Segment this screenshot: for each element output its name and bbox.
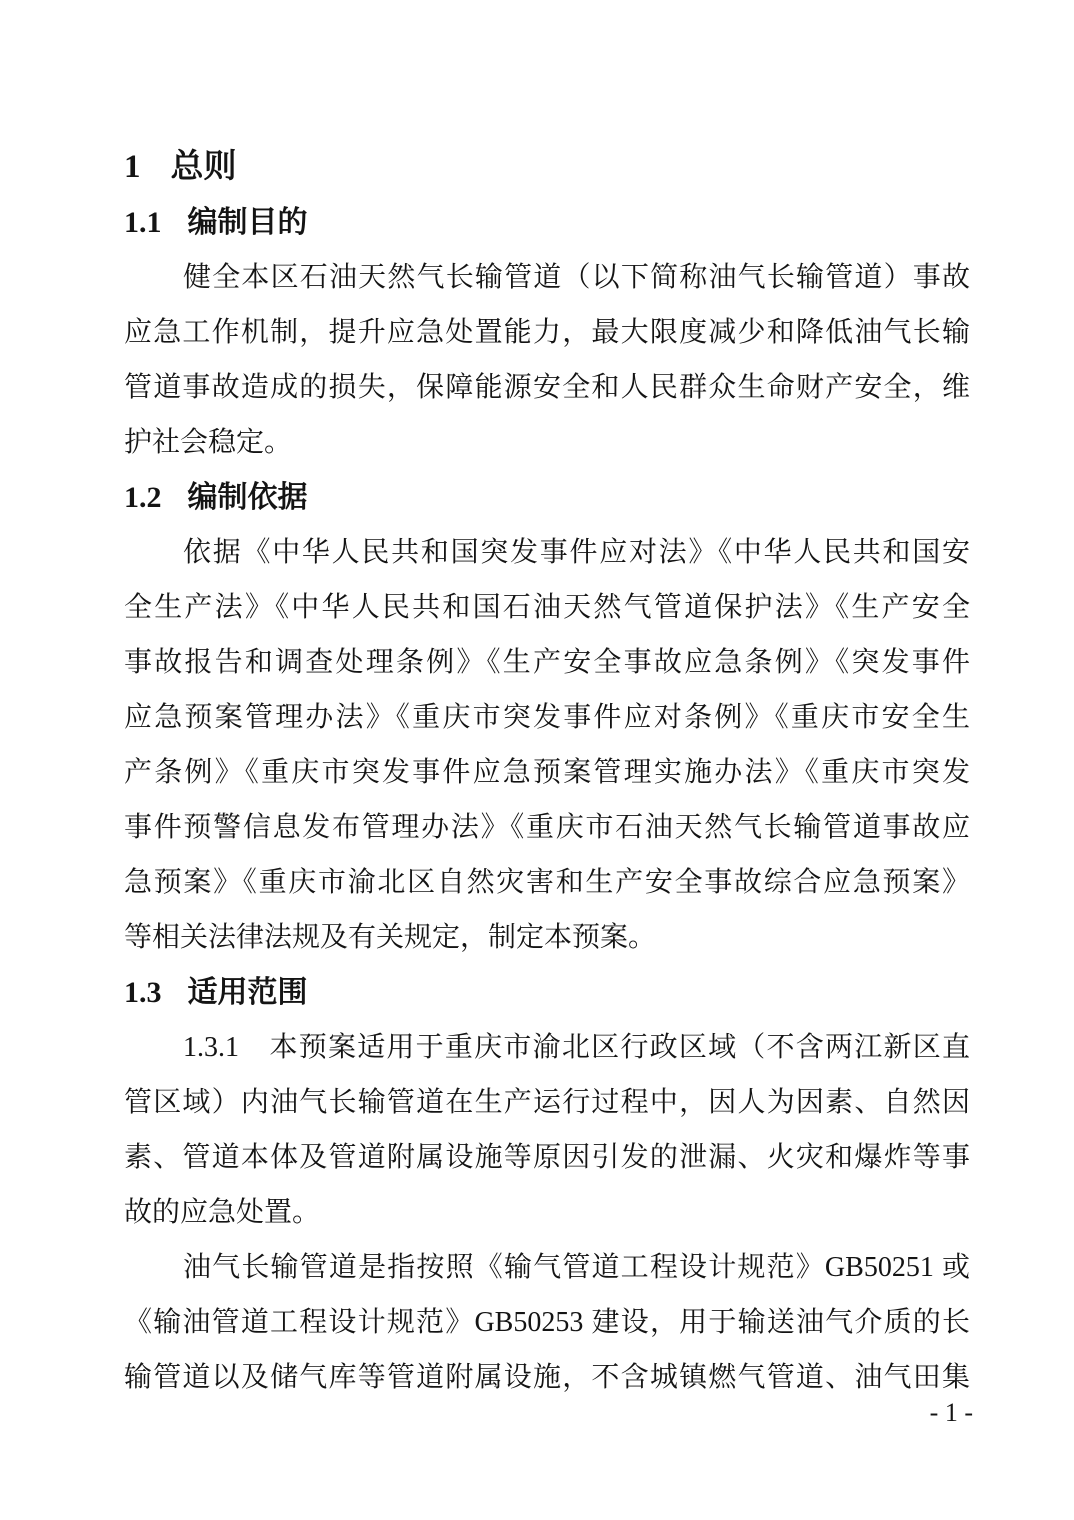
heading-number: 1 (124, 149, 141, 185)
paragraph-line: 应急工作机制，提升应急处置能力，最大限度减少和降低油气长输 (124, 305, 970, 360)
paragraph-line: 等相关法律法规及有关规定，制定本预案。 (124, 910, 970, 965)
paragraph-line: 事故报告和调查处理条例》《生产安全事故应急条例》《突发事件 (124, 635, 970, 690)
paragraph-line: 油气长输管道是指按照《输气管道工程设计规范》GB50251 或 (124, 1240, 970, 1295)
paragraph-line: 产条例》《重庆市突发事件应急预案管理实施办法》《重庆市突发 (124, 745, 970, 800)
heading-number: 1.3 (124, 976, 162, 1009)
paragraph-line: 故的应急处置。 (124, 1185, 970, 1240)
heading-number: 1.1 (124, 206, 162, 239)
page-number: - 1 - (930, 1398, 973, 1428)
paragraph-line: 1.3.1 本预案适用于重庆市渝北区行政区域（不含两江新区直 (124, 1020, 970, 1075)
paragraph-line: 健全本区石油天然气长输管道（以下简称油气长输管道）事故 (124, 250, 970, 305)
heading-number: 1.2 (124, 481, 162, 514)
paragraph-line: 素、管道本体及管道附属设施等原因引发的泄漏、火灾和爆炸等事 (124, 1130, 970, 1185)
paragraph-line: 《输油管道工程设计规范》GB50253 建设，用于输送油气介质的长 (124, 1295, 970, 1350)
paragraph-line: 管区域）内油气长输管道在生产运行过程中，因人为因素、自然因 (124, 1075, 970, 1130)
paragraph-line: 护社会稳定。 (124, 415, 970, 470)
paragraph-line: 管道事故造成的损失，保障能源安全和人民群众生命财产安全，维 (124, 360, 970, 415)
section-heading-1: 1总则 (124, 140, 970, 195)
paragraph-line: 输管道以及储气库等管道附属设施，不含城镇燃气管道、油气田集 (124, 1350, 970, 1405)
paragraph-line: 依据《中华人民共和国突发事件应对法》《中华人民共和国安 (124, 525, 970, 580)
paragraph-line: 全生产法》《中华人民共和国石油天然气管道保护法》《生产安全 (124, 580, 970, 635)
heading-title: 编制依据 (188, 481, 308, 514)
heading-title: 编制目的 (188, 206, 308, 239)
section-heading-1-3: 1.3适用范围 (124, 965, 970, 1020)
section-heading-1-1: 1.1编制目的 (124, 195, 970, 250)
paragraph-line: 应急预案管理办法》《重庆市突发事件应对条例》《重庆市安全生 (124, 690, 970, 745)
paragraph-line: 事件预警信息发布管理办法》《重庆市石油天然气长输管道事故应 (124, 800, 970, 855)
document-body: 1总则1.1编制目的健全本区石油天然气长输管道（以下简称油气长输管道）事故应急工… (0, 0, 1074, 1405)
heading-title: 总则 (171, 149, 237, 185)
heading-title: 适用范围 (188, 976, 308, 1009)
paragraph-line: 急预案》《重庆市渝北区自然灾害和生产安全事故综合应急预案》 (124, 855, 970, 910)
section-heading-1-2: 1.2编制依据 (124, 470, 970, 525)
document-page: 1总则1.1编制目的健全本区石油天然气长输管道（以下简称油气长输管道）事故应急工… (0, 0, 1074, 1520)
